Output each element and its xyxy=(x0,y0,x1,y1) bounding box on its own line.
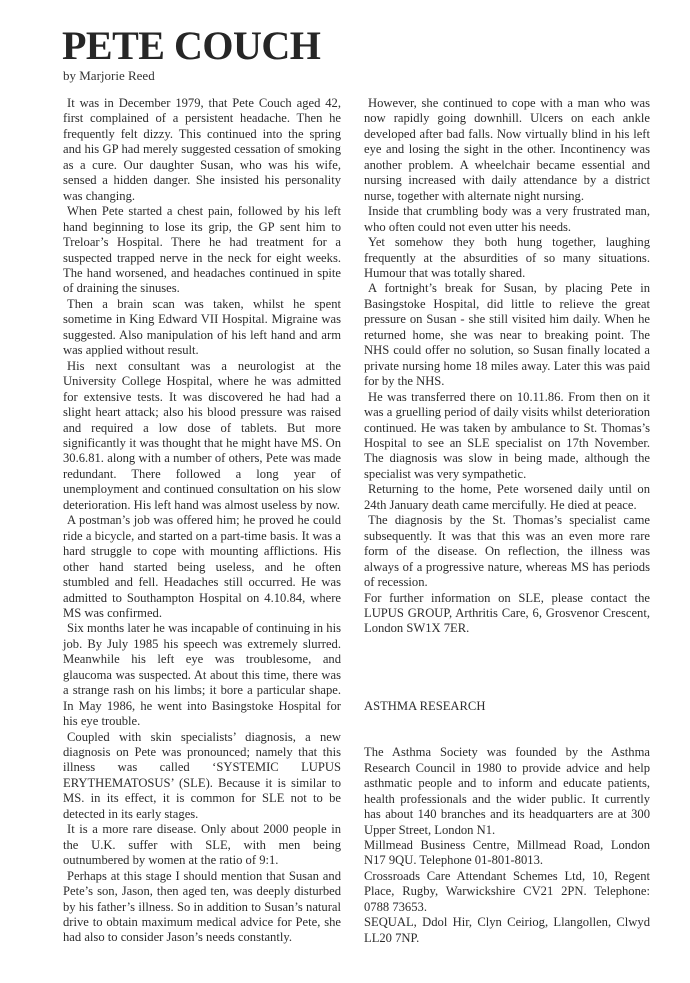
paragraph: Returning to the home, Pete worsened dai… xyxy=(364,482,650,513)
paragraph: It is a more rare disease. Only about 20… xyxy=(63,822,341,868)
paragraph: When Pete started a chest pain, followed… xyxy=(63,204,341,297)
paragraph: The Asthma Society was founded by the As… xyxy=(364,745,650,838)
address: Millmead Business Centre, Millmead Road,… xyxy=(364,838,650,869)
spacer xyxy=(364,637,650,699)
right-column: However, she continued to cope with a ma… xyxy=(364,96,650,946)
paragraph: It was in December 1979, that Pete Couch… xyxy=(63,96,341,204)
paragraph: Then a brain scan was taken, whilst he s… xyxy=(63,297,341,359)
paragraph: Inside that crumbling body was a very fr… xyxy=(364,204,650,235)
address: SEQUAL, Ddol Hir, Clyn Ceiriog, Llangoll… xyxy=(364,915,650,946)
article-byline: by Marjorie Reed xyxy=(63,68,155,84)
paragraph: His next consultant was a neurologist at… xyxy=(63,359,341,514)
paragraph: Coupled with skin specialists’ diagnosis… xyxy=(63,730,341,823)
left-column: It was in December 1979, that Pete Couch… xyxy=(63,96,341,946)
article-title: PETE COUCH xyxy=(62,24,320,68)
paragraph: The diagnosis by the St. Thomas’s specia… xyxy=(364,513,650,590)
paragraph: Yet somehow they both hung together, lau… xyxy=(364,235,650,281)
section-heading-asthma-research: ASTHMA RESEARCH xyxy=(364,699,650,714)
contact-note: For further information on SLE, please c… xyxy=(364,591,650,637)
paragraph: However, she continued to cope with a ma… xyxy=(364,96,650,204)
spacer xyxy=(364,714,650,745)
paragraph: Six months later he was incapable of con… xyxy=(63,621,341,729)
paragraph: Perhaps at this stage I should mention t… xyxy=(63,869,341,946)
paragraph: A fortnight’s break for Susan, by placin… xyxy=(364,281,650,389)
paragraph: A postman’s job was offered him; he prov… xyxy=(63,513,341,621)
paragraph: He was transferred there on 10.11.86. Fr… xyxy=(364,390,650,483)
address: Crossroads Care Attendant Schemes Ltd, 1… xyxy=(364,869,650,915)
